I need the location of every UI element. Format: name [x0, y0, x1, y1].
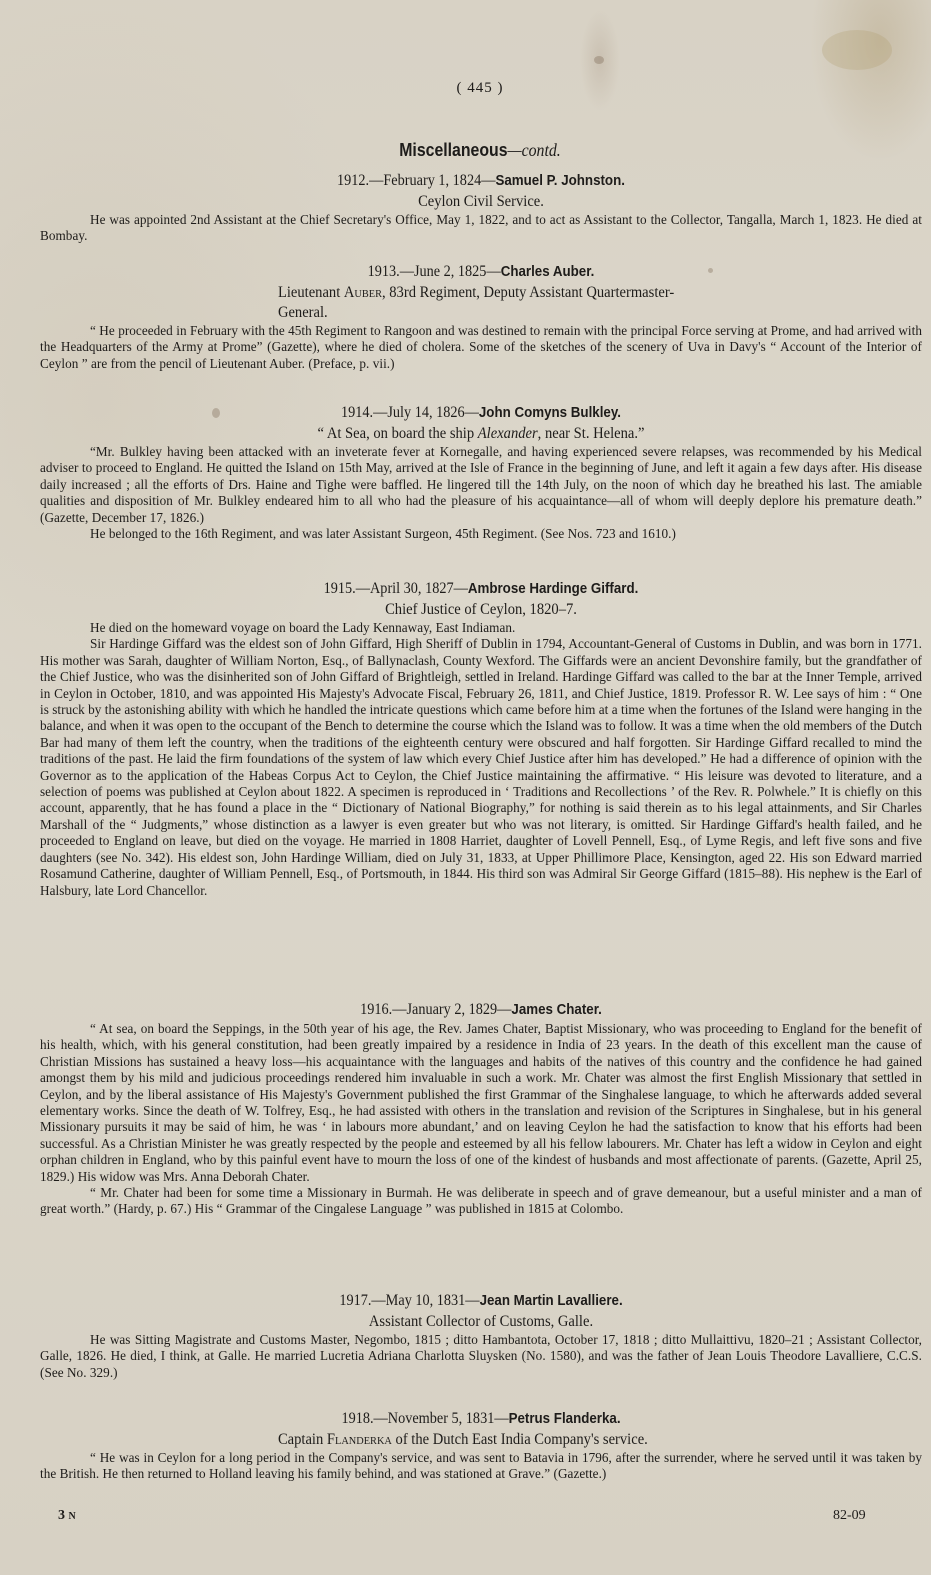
entry-paragraph: “ He was in Ceylon for a long period in … [40, 1450, 922, 1483]
entry-paragraph: “ At sea, on board the Seppings, in the … [40, 1021, 922, 1185]
entry-name: Jean Martin Lavalliere. [480, 1293, 623, 1309]
entry-1917: 1917.—May 10, 1831—Jean Martin Lavallier… [40, 1290, 922, 1381]
entry-paragraph: “Mr. Bulkley having been attacked with a… [40, 444, 922, 526]
entry-paragraph: He died on the homeward voyage on board … [40, 620, 922, 636]
entry-heading: 1917.—May 10, 1831—Jean Martin Lavallier… [75, 1290, 886, 1312]
entry-heading: 1914.—July 14, 1826—John Comyns Bulkley. [75, 402, 886, 424]
entry-1913: 1913.—June 2, 1825—Charles Auber. Lieute… [40, 261, 922, 372]
entry-1916: 1916.—January 2, 1829—James Chater. “ At… [40, 999, 922, 1218]
printer-signature: 3 N [58, 1508, 76, 1524]
entry-subtitle: Assistant Collector of Customs, Galle. [66, 1312, 895, 1332]
entry-paragraph: He was Sitting Magistrate and Customs Ma… [40, 1332, 922, 1381]
entry-1915: 1915.—April 30, 1827—Ambrose Hardinge Gi… [40, 578, 922, 899]
entry-heading: 1913.—June 2, 1825—Charles Auber. [75, 261, 886, 283]
entry-subtitle: Chief Justice of Ceylon, 1820–7. [66, 600, 895, 620]
section-title-main: Miscellaneous [399, 140, 507, 160]
section-title: Miscellaneous—contd. [93, 140, 867, 161]
entry-paragraph: “ He proceeded in February with the 45th… [40, 323, 922, 372]
entry-subtitle: Captain Flanderka of the Dutch East Indi… [60, 1430, 682, 1450]
entry-heading: 1916.—January 2, 1829—James Chater. [75, 999, 886, 1021]
entry-1914: 1914.—July 14, 1826—John Comyns Bulkley.… [40, 402, 922, 542]
entry-heading: 1918.—November 5, 1831—Petrus Flanderka. [75, 1408, 886, 1430]
entry-subtitle: Ceylon Civil Service. [66, 192, 895, 212]
entry-paragraph: Sir Hardinge Giffard was the eldest son … [40, 636, 922, 899]
entry-subtitle: Lieutenant Auber, 83rd Regiment, Deputy … [60, 283, 682, 323]
print-code: 82-09 [833, 1508, 866, 1524]
entry-paragraph: He belonged to the 16th Regiment, and wa… [40, 526, 922, 542]
page-number: ( 445 ) [40, 80, 920, 97]
entry-name: James Chater. [511, 1002, 601, 1018]
entry-heading: 1912.—February 1, 1824—Samuel P. Johnsto… [75, 170, 886, 192]
entry-paragraph: He was appointed 2nd Assistant at the Ch… [40, 212, 922, 245]
entry-heading: 1915.—April 30, 1827—Ambrose Hardinge Gi… [75, 578, 886, 600]
entry-name: Charles Auber. [501, 264, 595, 280]
entry-name: John Comyns Bulkley. [479, 405, 621, 421]
entry-1918: 1918.—November 5, 1831—Petrus Flanderka.… [40, 1408, 922, 1483]
entry-name: Petrus Flanderka. [509, 1411, 621, 1427]
entry-name: Ambrose Hardinge Giffard. [468, 581, 638, 597]
section-title-suffix: —contd. [508, 140, 561, 160]
entry-name: Samuel P. Johnston. [495, 173, 624, 189]
entry-subtitle: “ At Sea, on board the ship Alexander, n… [66, 424, 895, 444]
entry-paragraph: “ Mr. Chater had been for some time a Mi… [40, 1185, 922, 1218]
entry-1912: 1912.—February 1, 1824—Samuel P. Johnsto… [40, 170, 922, 245]
